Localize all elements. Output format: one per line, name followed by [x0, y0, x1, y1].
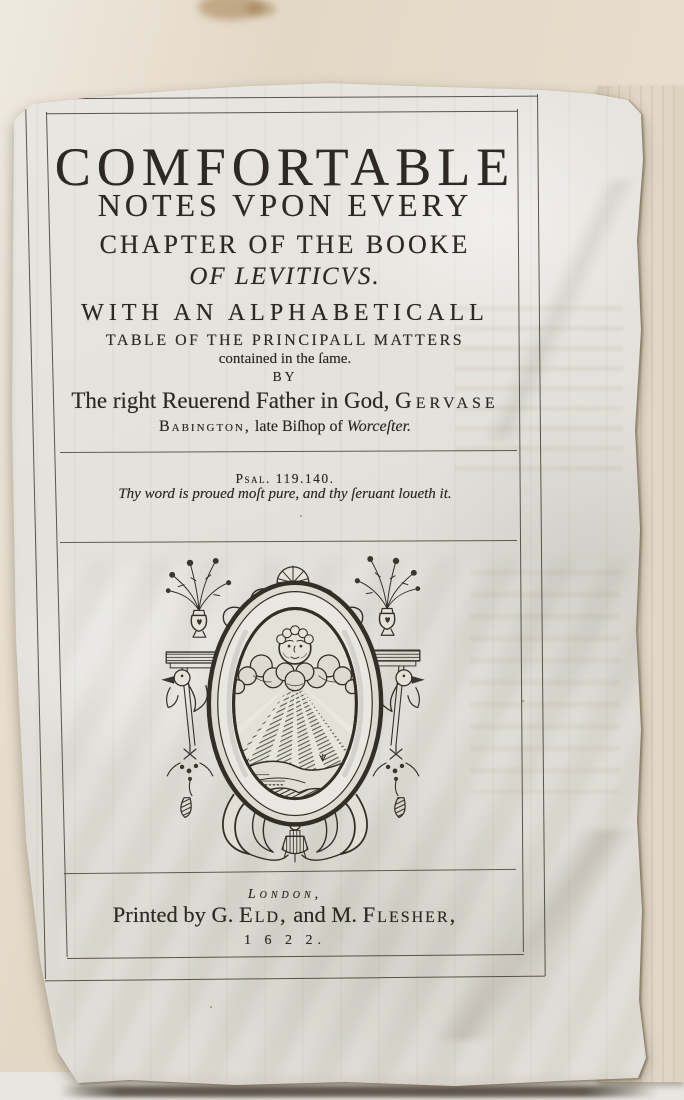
frame-border	[46, 111, 518, 115]
author-line-2: Babington, late Biſhop of Worceſter.	[25, 419, 545, 435]
author-prefix: The right Reuerend Father in God,	[71, 388, 395, 413]
urn-flowers-left	[166, 558, 231, 637]
title-page-wrap: COMFORTABLE NOTES VPON EVERY CHAPTER OF …	[0, 0, 684, 1100]
rule-divider	[60, 540, 517, 543]
pendant-right	[373, 745, 419, 817]
title-page: COMFORTABLE NOTES VPON EVERY CHAPTER OF …	[0, 0, 684, 1100]
ink-fleck	[402, 44, 407, 53]
pendant-left	[167, 745, 213, 817]
title-line-3: CHAPTER OF THE BOOKE	[25, 232, 545, 258]
rule-divider	[60, 450, 517, 453]
speck	[46, 86, 48, 88]
author-title: late Biſhop of	[251, 418, 347, 435]
frame-border	[25, 97, 46, 979]
imprint-printer-line: Printed by G. Eld, and M. Flesher,	[25, 904, 545, 927]
psalm-verse: 119.140.	[271, 471, 335, 486]
epigraph-reference: Psal. 119.140.	[25, 472, 545, 486]
author-line-1: The right Reuerend Father in God, Gervas…	[25, 389, 545, 412]
frame-border	[45, 976, 545, 982]
subtitle-line-2: TABLE OF THE PRINCIPALL MATTERS	[25, 333, 545, 349]
frame-border	[25, 96, 538, 100]
frame-border	[537, 94, 546, 976]
subtitle-line-3: contained in the ſame.	[25, 352, 545, 367]
printed-frame: COMFORTABLE NOTES VPON EVERY CHAPTER OF …	[25, 94, 545, 984]
speck	[400, 56, 403, 59]
author-see: Worceſter.	[347, 418, 411, 435]
imprint-city: London,	[25, 888, 545, 902]
epigraph-quote: Thy word is proued moſt pure, and thy ſe…	[25, 487, 545, 502]
rule-divider	[64, 869, 516, 875]
urn-flowers-right	[355, 556, 420, 635]
speck	[210, 1006, 212, 1008]
psalm-book: Psal.	[235, 471, 270, 486]
author-first-name: Gervase	[395, 388, 499, 413]
byline-label: BY	[25, 370, 545, 384]
printer-device-emblem	[153, 555, 433, 867]
printer-name-2: Flesher,	[363, 902, 458, 927]
book-photo: COMFORTABLE NOTES VPON EVERY CHAPTER OF …	[0, 0, 684, 1100]
imprint-mid: and M.	[288, 902, 363, 927]
subtitle-line-1: WITH AN ALPHABETICALL	[25, 301, 545, 325]
author-surname: Babington,	[159, 418, 251, 435]
imprint-prefix: Printed by G.	[113, 902, 239, 927]
title-line-2: NOTES VPON EVERY	[25, 189, 545, 221]
title-line-1: COMFORTABLE	[25, 140, 545, 194]
frame-border	[67, 954, 524, 959]
title-line-4: OF LEVITICVS.	[25, 264, 545, 289]
imprint-year: 1 6 2 2.	[25, 934, 545, 948]
printer-name-1: Eld,	[239, 902, 288, 927]
